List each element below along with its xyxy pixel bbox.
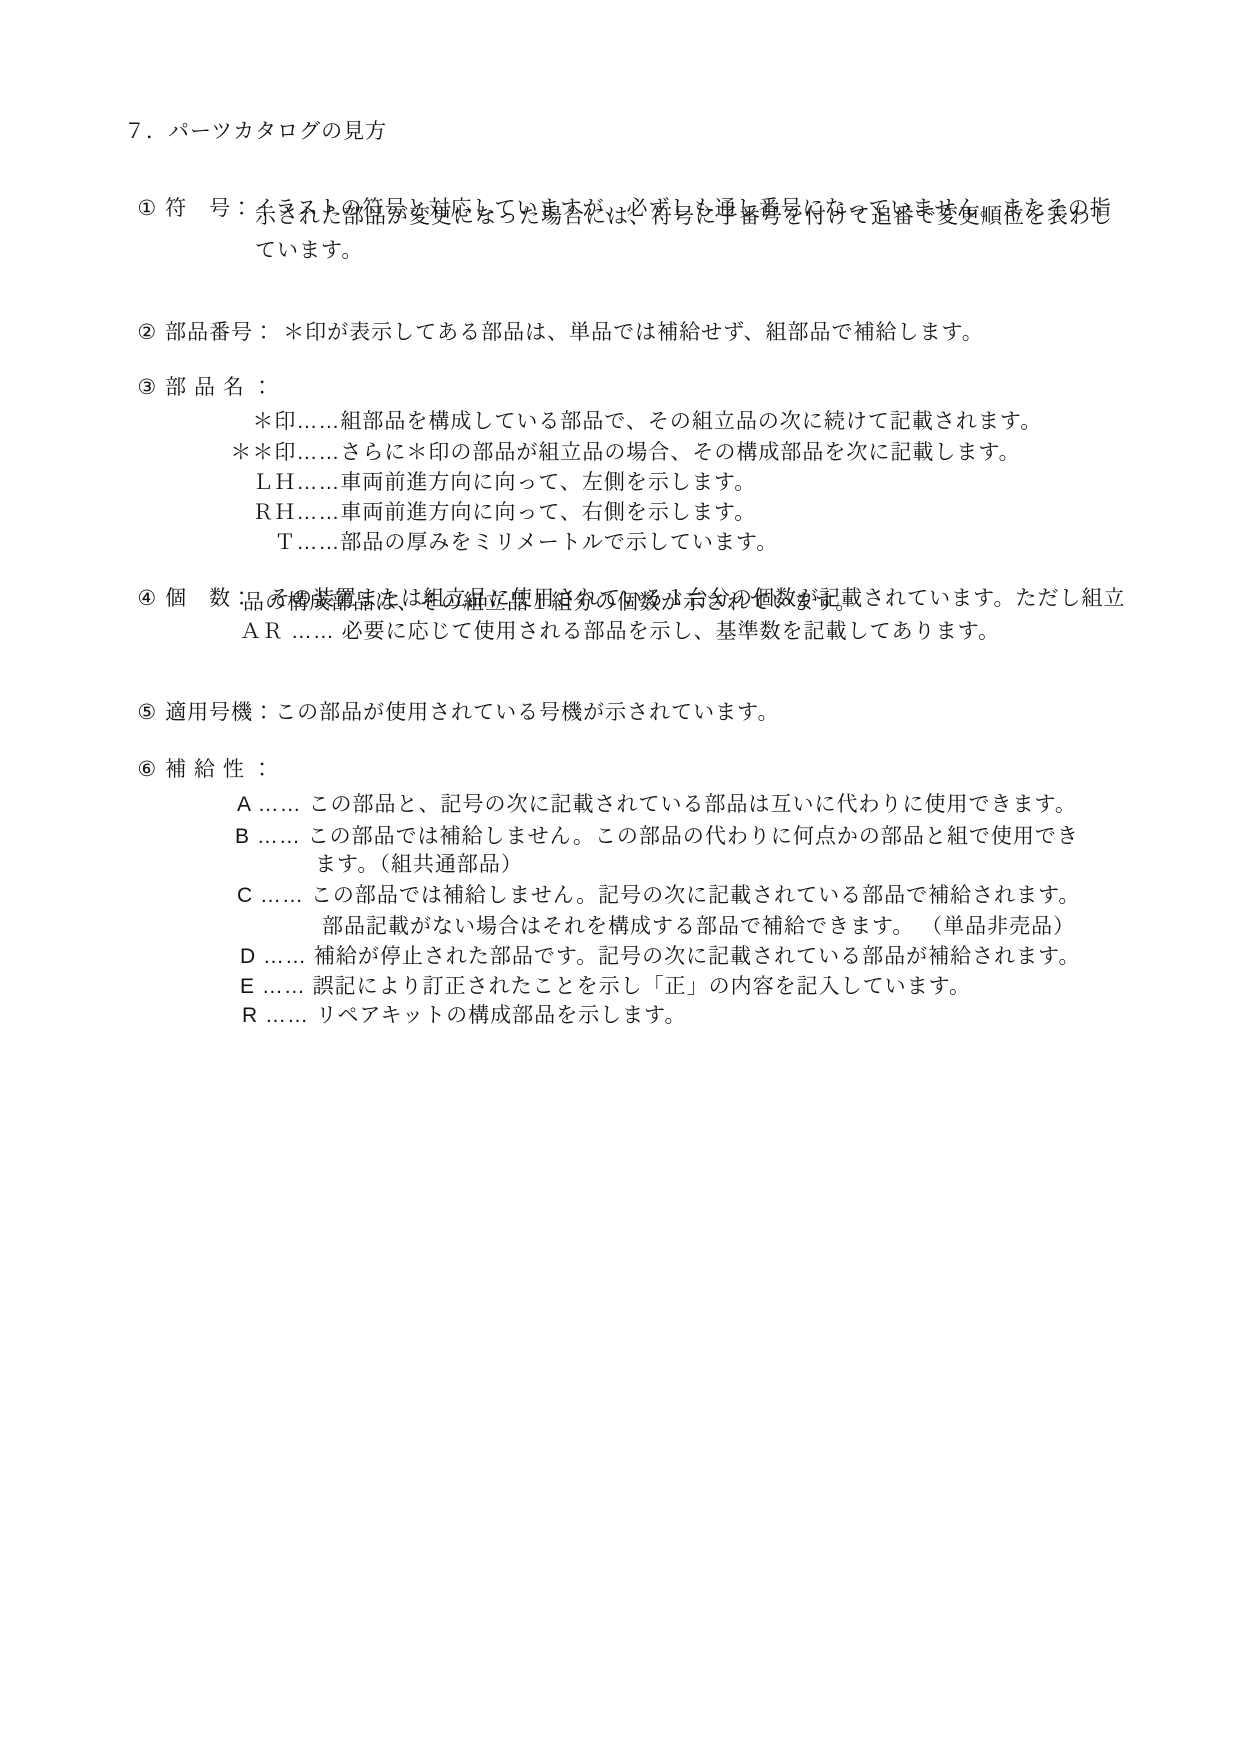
supply-code-row: R …… リペアキットの構成部品を示します。 bbox=[242, 1003, 686, 1029]
section-2-text: ＊印が表示してある部品は、単品では補給せず、組部品で補給します。 bbox=[283, 321, 984, 344]
section-5-number: ⑤ bbox=[137, 700, 157, 726]
page-title: ７．パーツカタログの見方 bbox=[124, 119, 387, 145]
supply-code-row-continuation: ます。（組共通部品） bbox=[315, 852, 523, 878]
supply-code-row: C …… この部品では補給しません。記号の次に記載されている部品で補給されます。 bbox=[237, 883, 1080, 909]
section-1-line3: ています。 bbox=[255, 238, 363, 264]
section-2-label: 部品番号： bbox=[165, 321, 275, 344]
section-1-label: 符 号： bbox=[165, 197, 253, 220]
supply-code-row: A …… この部品と、記号の次に記載されている部品は互いに代わりに使用できます。 bbox=[237, 792, 1077, 818]
section-1-number: ① bbox=[137, 196, 157, 222]
section-3-number: ③ bbox=[137, 375, 157, 401]
section-6-label: 補 給 性 ： bbox=[165, 758, 274, 781]
section-5-text: この部品が使用されている号機が示されています。 bbox=[275, 701, 779, 724]
document-page: ７．パーツカタログの見方 ①符 号：イラストの符号と対応していますが、必ずしも通… bbox=[0, 0, 1240, 1755]
section-4-number: ④ bbox=[137, 586, 157, 612]
section-4-line3-ar: ＡＲ …… 必要に応じて使用される部品を示し、基準数を記載してあります。 bbox=[240, 619, 1000, 645]
section-4-line2: 品の構成部品は、その組立品１組分の個数が示されています。 bbox=[243, 590, 857, 616]
section-2-number: ② bbox=[137, 320, 157, 346]
legend-def: ……部品の厚みをミリメートルで示しています。 bbox=[296, 531, 778, 554]
legend-term: Ｔ bbox=[230, 530, 296, 556]
supply-code-row: E …… 誤記により訂正されたことを示し「正」の内容を記入しています。 bbox=[240, 974, 971, 1000]
section-5-label: 適用号機： bbox=[165, 701, 275, 724]
supply-code-row: D …… 補給が停止された部品です。記号の次に記載されている部品が補給されます。 bbox=[240, 944, 1080, 970]
section-4-label: 個 数： bbox=[165, 587, 253, 610]
section-6-number: ⑥ bbox=[137, 757, 157, 783]
section-1-line2: 示された部品が変更になった場合には、符号に子番号を付けて追番で変更順位を表わし bbox=[255, 204, 1113, 230]
supply-code-row: B …… この部品では補給しません。この部品の代わりに何点かの部品と組で使用でき bbox=[235, 824, 1079, 850]
supply-code-row-continuation: 部品記載がない場合はそれを構成する部品で補給できます。 （単品非売品） bbox=[322, 914, 1075, 940]
